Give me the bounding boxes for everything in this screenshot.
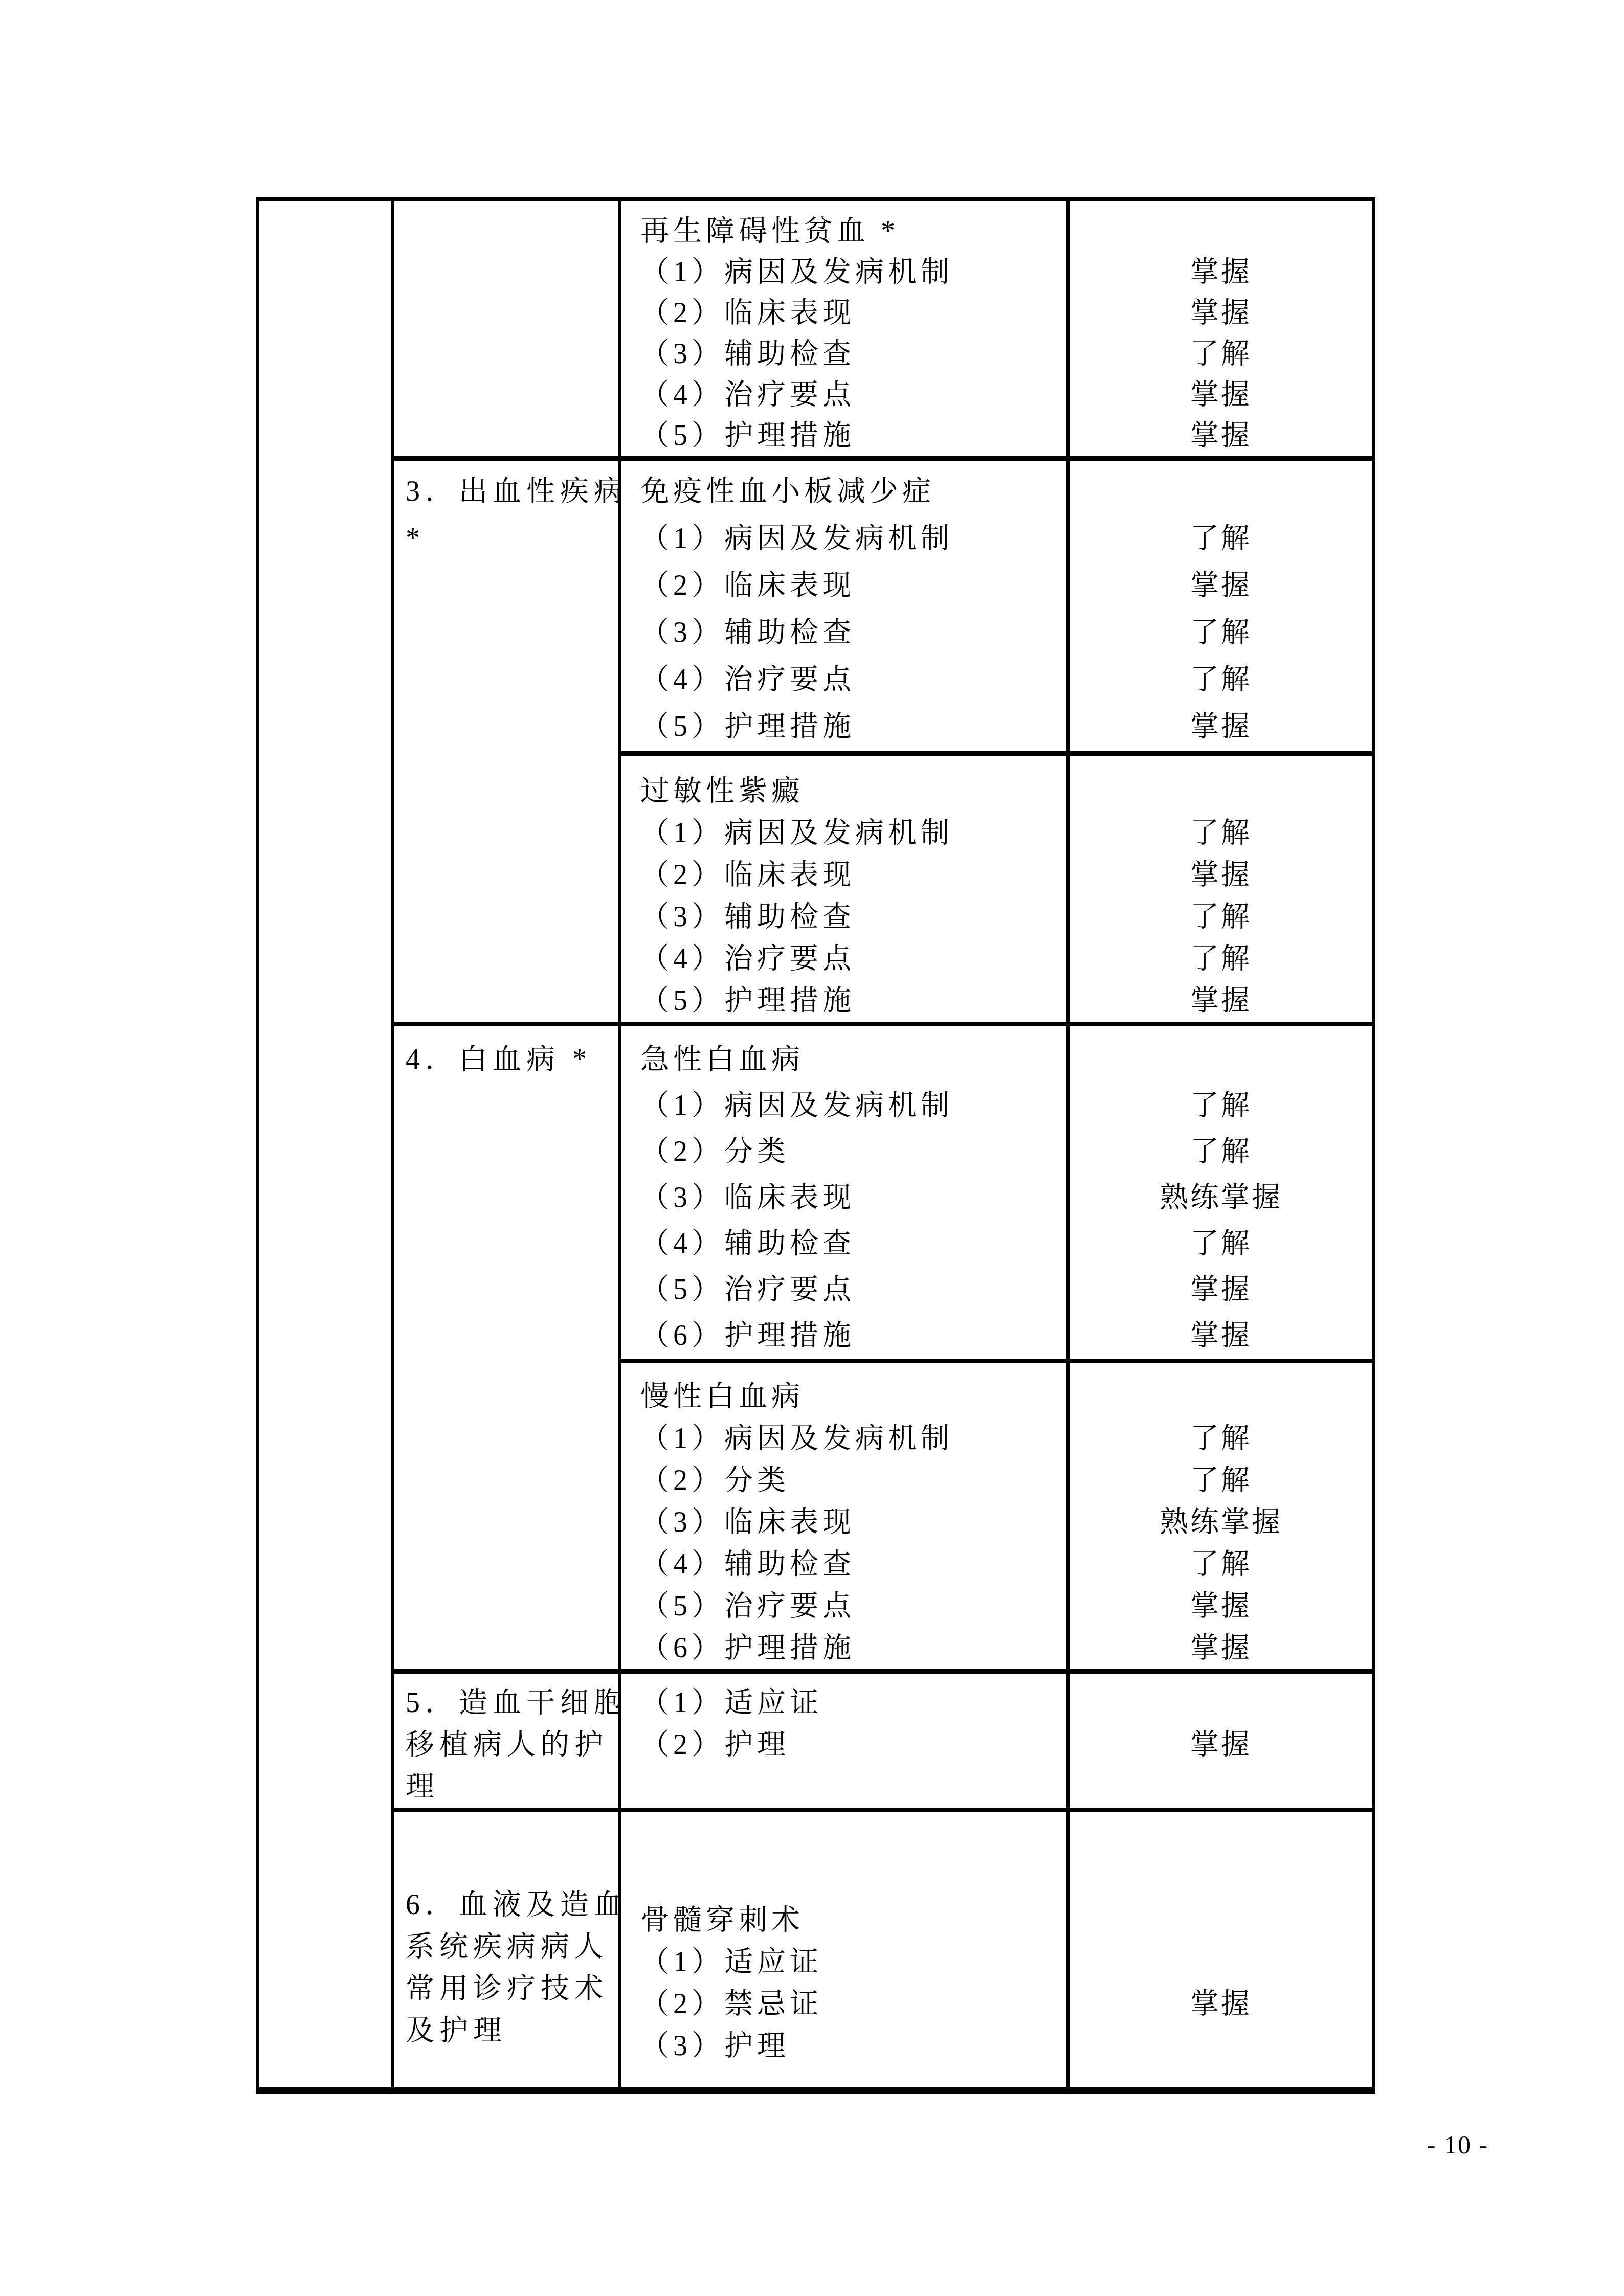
topic-cell-stem-cell-transplant: 5．造血干细胞移植病人的护理 bbox=[393, 1672, 619, 1810]
text-line: （3）临床表现 bbox=[640, 1501, 1061, 1543]
table-row: 5．造血干细胞移植病人的护理 （1）适应证（2）护理 掌握 bbox=[258, 1672, 1374, 1810]
topic-cell-diagnostic-techniques: 6．血液及造血系统疾病病人常用诊疗技术及护理 bbox=[393, 1810, 619, 2091]
text-line: 了解 bbox=[1070, 1543, 1372, 1585]
text-line: 了解 bbox=[1070, 515, 1372, 562]
text-line bbox=[1070, 1682, 1372, 1724]
text-line: （1）病因及发病机制 bbox=[640, 515, 1061, 562]
topic-cell-empty bbox=[393, 199, 619, 459]
text-line: （5）护理措施 bbox=[640, 415, 1061, 456]
text-line: 掌握 bbox=[1070, 980, 1372, 1022]
text-line: 了解 bbox=[1070, 812, 1372, 854]
text-line: 常用诊疗技术 bbox=[406, 1968, 614, 2010]
text-line: 慢性白血病 bbox=[640, 1376, 1061, 1417]
text-line: 移植病人的护 bbox=[406, 1724, 614, 1766]
text-line bbox=[1070, 1037, 1372, 1083]
text-line: （2）分类 bbox=[640, 1459, 1061, 1501]
text-line: 了解 bbox=[1070, 1221, 1372, 1267]
content-cell-bone-marrow-puncture: 骨髓穿刺术（1）适应证（2）禁忌证（3）护理 bbox=[619, 1810, 1068, 2091]
text-line: （5）护理措施 bbox=[640, 980, 1061, 1022]
level-cell-aplastic-anemia: 掌握掌握了解掌握掌握 bbox=[1068, 199, 1374, 459]
text-line: （2）临床表现 bbox=[640, 854, 1061, 896]
level-cell-bone-marrow-puncture: 掌握 bbox=[1068, 1810, 1374, 2091]
table-row: 6．血液及造血系统疾病病人常用诊疗技术及护理 骨髓穿刺术（1）适应证（2）禁忌证… bbox=[258, 1810, 1374, 2091]
text-line: （5）治疗要点 bbox=[640, 1585, 1061, 1627]
text-line: （2）禁忌证 bbox=[640, 1983, 1061, 2025]
text-line: 免疫性血小板减少症 bbox=[640, 468, 1061, 515]
text-line: （1）病因及发病机制 bbox=[640, 1083, 1061, 1129]
text-line: （3）辅助检查 bbox=[640, 333, 1061, 374]
text-line: （4）辅助检查 bbox=[640, 1221, 1061, 1267]
text-line: 了解 bbox=[1070, 1129, 1372, 1175]
topic-cell-bleeding-disorders: 3．出血性疾病* bbox=[393, 459, 619, 1024]
text-line: 了解 bbox=[1070, 656, 1372, 703]
text-line: 3．出血性疾病 bbox=[406, 468, 614, 515]
text-line: （4）治疗要点 bbox=[640, 938, 1061, 980]
topic-cell-leukemia: 4．白血病 * bbox=[393, 1024, 619, 1672]
text-line: 了解 bbox=[1070, 333, 1372, 374]
text-line: 了解 bbox=[1070, 609, 1372, 656]
content-cell-chronic-leukemia: 慢性白血病（1）病因及发病机制（2）分类（3）临床表现（4）辅助检查（5）治疗要… bbox=[619, 1361, 1068, 1672]
text-line bbox=[1070, 211, 1372, 252]
text-line: 了解 bbox=[1070, 1417, 1372, 1459]
text-line bbox=[1070, 770, 1372, 812]
text-line: 掌握 bbox=[1070, 562, 1372, 609]
text-line: （1）病因及发病机制 bbox=[640, 252, 1061, 292]
level-cell-chronic-leukemia: 了解了解熟练掌握了解掌握掌握 bbox=[1068, 1361, 1374, 1672]
text-line: 及护理 bbox=[406, 2010, 614, 2052]
text-line bbox=[1070, 2025, 1372, 2067]
text-line: 了解 bbox=[1070, 1083, 1372, 1129]
text-line: （6）护理措施 bbox=[640, 1313, 1061, 1359]
text-line: 了解 bbox=[1070, 938, 1372, 980]
text-line: （1）适应证 bbox=[640, 1682, 1061, 1724]
text-line: 熟练掌握 bbox=[1070, 1175, 1372, 1221]
text-line: 掌握 bbox=[1070, 252, 1372, 292]
text-line: （3）辅助检查 bbox=[640, 896, 1061, 938]
text-line: 掌握 bbox=[1070, 703, 1372, 750]
text-line: 掌握 bbox=[1070, 1724, 1372, 1766]
level-cell-allergic-purpura: 了解掌握了解了解掌握 bbox=[1068, 754, 1374, 1024]
text-line: 掌握 bbox=[1070, 415, 1372, 456]
level-cell-immune-thrombocytopenia: 了解掌握了解了解掌握 bbox=[1068, 459, 1374, 754]
text-line: 6．血液及造血 bbox=[406, 1884, 614, 1926]
table-row: 再生障碍性贫血 *（1）病因及发病机制（2）临床表现（3）辅助检查（4）治疗要点… bbox=[258, 199, 1374, 459]
text-line: （1）病因及发病机制 bbox=[640, 812, 1061, 854]
table-row: 3．出血性疾病* 免疫性血小板减少症（1）病因及发病机制（2）临床表现（3）辅助… bbox=[258, 459, 1374, 754]
level-cell-stem-cell-transplant: 掌握 bbox=[1068, 1672, 1374, 1810]
table-row: 4．白血病 * 急性白血病（1）病因及发病机制（2）分类（3）临床表现（4）辅助… bbox=[258, 1024, 1374, 1361]
text-line: 了解 bbox=[1070, 1459, 1372, 1501]
text-line: * bbox=[406, 515, 614, 562]
text-line: 掌握 bbox=[1070, 374, 1372, 415]
page-number: - 10 - bbox=[1391, 2130, 1524, 2159]
text-line: （4）辅助检查 bbox=[640, 1543, 1061, 1585]
text-line: 掌握 bbox=[1070, 1627, 1372, 1669]
text-line: （2）分类 bbox=[640, 1129, 1061, 1175]
text-line: （3）临床表现 bbox=[640, 1175, 1061, 1221]
text-line: （6）护理措施 bbox=[640, 1627, 1061, 1669]
text-line bbox=[1070, 468, 1372, 515]
text-line: （2）临床表现 bbox=[640, 292, 1061, 333]
text-line: （1）适应证 bbox=[640, 1941, 1061, 1983]
level-cell-acute-leukemia: 了解了解熟练掌握了解掌握掌握 bbox=[1068, 1024, 1374, 1361]
text-line: 熟练掌握 bbox=[1070, 1501, 1372, 1543]
text-line: 4．白血病 * bbox=[406, 1037, 614, 1083]
text-line: 理 bbox=[406, 1766, 614, 1808]
text-line: （4）治疗要点 bbox=[640, 656, 1061, 703]
content-cell-immune-thrombocytopenia: 免疫性血小板减少症（1）病因及发病机制（2）临床表现（3）辅助检查（4）治疗要点… bbox=[619, 459, 1068, 754]
text-line: 掌握 bbox=[1070, 854, 1372, 896]
text-line bbox=[1070, 1941, 1372, 1983]
content-cell-allergic-purpura: 过敏性紫癜（1）病因及发病机制（2）临床表现（3）辅助检查（4）治疗要点（5）护… bbox=[619, 754, 1068, 1024]
text-line: （1）病因及发病机制 bbox=[640, 1417, 1061, 1459]
text-line: （5）治疗要点 bbox=[640, 1267, 1061, 1313]
text-line: 掌握 bbox=[1070, 1585, 1372, 1627]
text-line: 急性白血病 bbox=[640, 1037, 1061, 1083]
text-line: （2）护理 bbox=[640, 1724, 1061, 1766]
text-line bbox=[1070, 1899, 1372, 1941]
text-line: （2）临床表现 bbox=[640, 562, 1061, 609]
content-cell-aplastic-anemia: 再生障碍性贫血 *（1）病因及发病机制（2）临床表现（3）辅助检查（4）治疗要点… bbox=[619, 199, 1068, 459]
text-line: 掌握 bbox=[1070, 292, 1372, 333]
text-line: （3）辅助检查 bbox=[640, 609, 1061, 656]
text-line: 掌握 bbox=[1070, 1313, 1372, 1359]
text-line: （3）护理 bbox=[640, 2025, 1061, 2067]
text-line: 再生障碍性贫血 * bbox=[640, 211, 1061, 252]
text-line: 系统疾病病人 bbox=[406, 1926, 614, 1968]
text-line: 掌握 bbox=[1070, 1267, 1372, 1313]
text-line: 过敏性紫癜 bbox=[640, 770, 1061, 812]
text-line: 掌握 bbox=[1070, 1983, 1372, 2025]
text-line: （4）治疗要点 bbox=[640, 374, 1061, 415]
text-line: 了解 bbox=[1070, 896, 1372, 938]
text-line: （5）护理措施 bbox=[640, 703, 1061, 750]
content-cell-acute-leukemia: 急性白血病（1）病因及发病机制（2）分类（3）临床表现（4）辅助检查（5）治疗要… bbox=[619, 1024, 1068, 1361]
text-line bbox=[1070, 1376, 1372, 1417]
text-line: 骨髓穿刺术 bbox=[640, 1899, 1061, 1941]
document-page: 再生障碍性贫血 *（1）病因及发病机制（2）临床表现（3）辅助检查（4）治疗要点… bbox=[0, 0, 1624, 2296]
content-cell-stem-cell-transplant: （1）适应证（2）护理 bbox=[619, 1672, 1068, 1810]
spacer-column-cell bbox=[258, 199, 393, 2091]
syllabus-table: 再生障碍性贫血 *（1）病因及发病机制（2）临床表现（3）辅助检查（4）治疗要点… bbox=[256, 197, 1375, 2094]
text-line: 5．造血干细胞 bbox=[406, 1682, 614, 1724]
